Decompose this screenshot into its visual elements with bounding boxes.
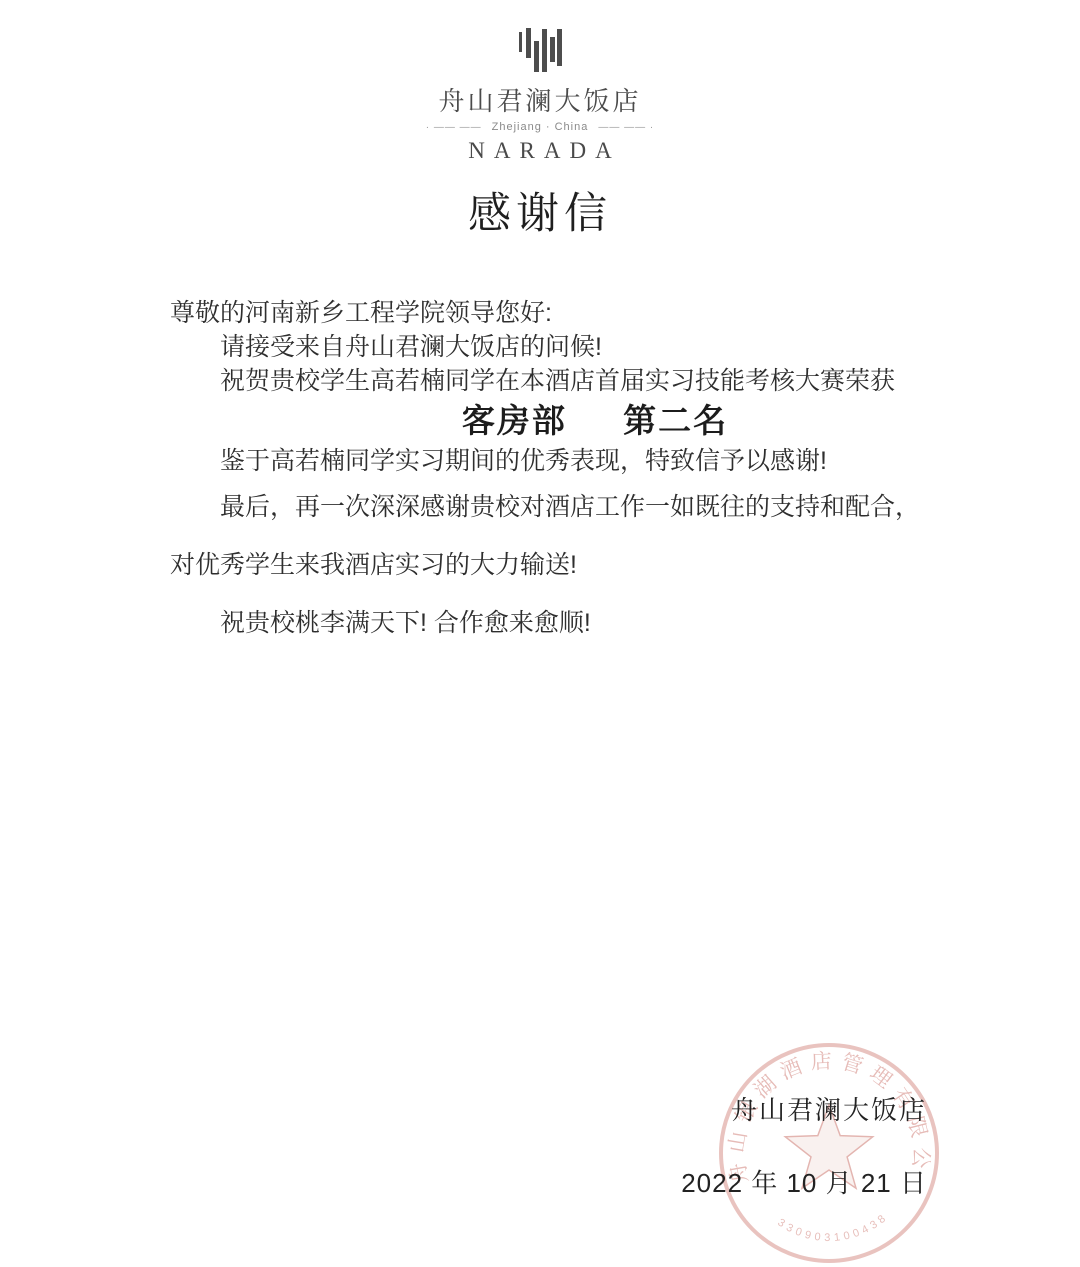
- paragraph-congrats: 祝贺贵校学生高若楠同学在本酒店首届实习技能考核大赛荣获: [170, 364, 936, 398]
- paragraph-final: 最后，再一次深深感谢贵校对酒店工作一如既往的支持和配合，对优秀学生来我酒店实习的…: [170, 478, 936, 594]
- paragraph-greeting: 请接受来自舟山君澜大饭店的问候!: [170, 330, 936, 364]
- logo-divider-right: —— —— ·: [598, 122, 654, 133]
- salutation: 尊敬的河南新乡工程学院领导您好:: [170, 296, 936, 330]
- narada-bars-logo-icon: [516, 26, 564, 79]
- award-line: 客房部 第二名: [212, 398, 978, 444]
- signature-hotel-name: 舟山君澜大饭店: [681, 1090, 927, 1127]
- letter-title: 感谢信: [0, 180, 1080, 241]
- award-department: 客房部: [462, 402, 567, 439]
- paragraph-wish: 祝贵校桃李满天下! 合作愈来愈顺!: [170, 594, 936, 652]
- signature-block: 舟山君澜大饭店 2022 年 10 月 21 日: [681, 1090, 927, 1200]
- letter-body: 尊敬的河南新乡工程学院领导您好: 请接受来自舟山君澜大饭店的问候! 祝贺贵校学生…: [170, 296, 936, 652]
- logo-region-label: Zhejiang · China: [492, 121, 589, 133]
- hotel-logo: 舟山君澜大饭店 · —— —— Zhejiang · China —— —— ·…: [0, 26, 1080, 164]
- logo-divider-left: · —— ——: [426, 122, 482, 133]
- logo-hotel-name: 舟山君澜大饭店: [0, 81, 1080, 118]
- award-rank: 第二名: [623, 402, 728, 439]
- paragraph-commend: 鉴于高若楠同学实习期间的优秀表现，特致信予以感谢!: [170, 444, 936, 478]
- logo-brand-name: NARADA: [0, 138, 1080, 164]
- logo-region-line: · —— —— Zhejiang · China —— —— ·: [0, 121, 1080, 133]
- letter-page: 舟山君澜大饭店 · —— —— Zhejiang · China —— —— ·…: [0, 0, 1080, 1267]
- signature-date: 2022 年 10 月 21 日: [681, 1163, 927, 1200]
